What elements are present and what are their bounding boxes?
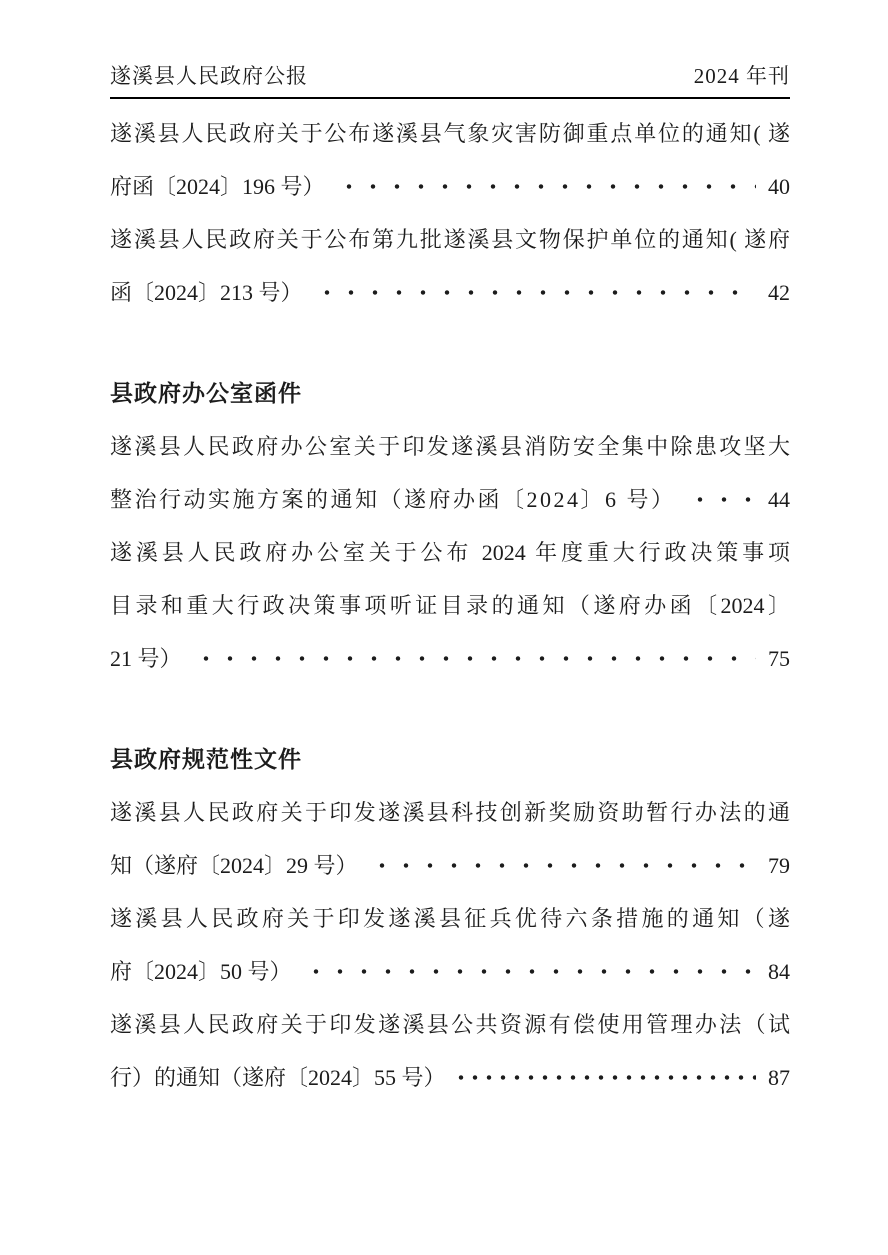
document-page: 遂溪县人民政府公报 2024 年刊 遂溪县人民政府关于公布遂溪县气象灾害防御重点…	[0, 0, 888, 1255]
toc-entry-line: 府〔2024〕50 号） 84	[110, 945, 790, 998]
toc-entry-line: 遂溪县人民政府关于公布遂溪县气象灾害防御重点单位的通知( 遂	[110, 107, 790, 160]
toc-entry-line: 府函〔2024〕196 号） 40	[110, 160, 790, 213]
toc-entry-line: 遂溪县人民政府办公室关于公布 2024 年度重大行政决策事项	[110, 526, 790, 579]
toc-entry-line: 遂溪县人民政府关于印发遂溪县科技创新奖励资助暂行办法的通	[110, 786, 790, 839]
toc-entry-line: 整治行动实施方案的通知（遂府办函〔2024〕6 号） 44	[110, 473, 790, 526]
toc-entry-text: 21 号）	[110, 632, 182, 685]
page-number: 79	[762, 839, 790, 892]
toc-entry-line: 行）的通知（遂府〔2024〕55 号） 87	[110, 1051, 790, 1104]
gazette-issue: 2024 年刊	[694, 60, 790, 90]
page-number: 44	[762, 473, 790, 526]
toc-entry-text: 府函〔2024〕196 号）	[110, 160, 325, 213]
toc-entry-line: 遂溪县人民政府办公室关于印发遂溪县消防安全集中除患攻坚大	[110, 420, 790, 473]
dot-leader	[454, 1051, 756, 1104]
page-number: 40	[762, 160, 790, 213]
toc-entry-text: 府〔2024〕50 号）	[110, 945, 292, 998]
toc-entry-line: 遂溪县人民政府关于公布第九批遂溪县文物保护单位的通知( 遂府	[110, 213, 790, 266]
toc-entry-text: 函〔2024〕213 号）	[110, 266, 303, 319]
page-number: 42	[762, 266, 790, 319]
section-heading-office-letters: 县政府办公室函件	[110, 367, 790, 420]
dot-leader	[688, 473, 756, 526]
toc-entry-line: 21 号） 75	[110, 632, 790, 685]
table-of-contents: 遂溪县人民政府关于公布遂溪县气象灾害防御重点单位的通知( 遂 府函〔2024〕1…	[110, 107, 790, 1104]
toc-entry-line: 目录和重大行政决策事项听证目录的通知（遂府办函〔2024〕	[110, 579, 790, 632]
page-number: 75	[762, 632, 790, 685]
page-number: 87	[762, 1051, 790, 1104]
toc-entry-line: 遂溪县人民政府关于印发遂溪县征兵优待六条措施的通知（遂	[110, 892, 790, 945]
dot-leader	[304, 945, 756, 998]
page-header: 遂溪县人民政府公报 2024 年刊	[110, 60, 790, 99]
toc-entry-text: 行）的通知（遂府〔2024〕55 号）	[110, 1051, 446, 1104]
dot-leader	[337, 160, 756, 213]
section-heading-normative-documents: 县政府规范性文件	[110, 733, 790, 786]
page-number: 84	[762, 945, 790, 998]
page-content: 遂溪县人民政府公报 2024 年刊 遂溪县人民政府关于公布遂溪县气象灾害防御重点…	[110, 0, 790, 1104]
dot-leader	[194, 632, 756, 685]
dot-leader	[370, 839, 756, 892]
toc-entry-text: 整治行动实施方案的通知（遂府办函〔2024〕6 号）	[110, 473, 676, 526]
dot-leader	[315, 266, 756, 319]
toc-entry-line: 函〔2024〕213 号） 42	[110, 266, 790, 319]
toc-entry-line: 遂溪县人民政府关于印发遂溪县公共资源有偿使用管理办法（试	[110, 998, 790, 1051]
toc-entry-text: 知（遂府〔2024〕29 号）	[110, 839, 358, 892]
gazette-title: 遂溪县人民政府公报	[110, 60, 308, 90]
toc-entry-line: 知（遂府〔2024〕29 号） 79	[110, 839, 790, 892]
